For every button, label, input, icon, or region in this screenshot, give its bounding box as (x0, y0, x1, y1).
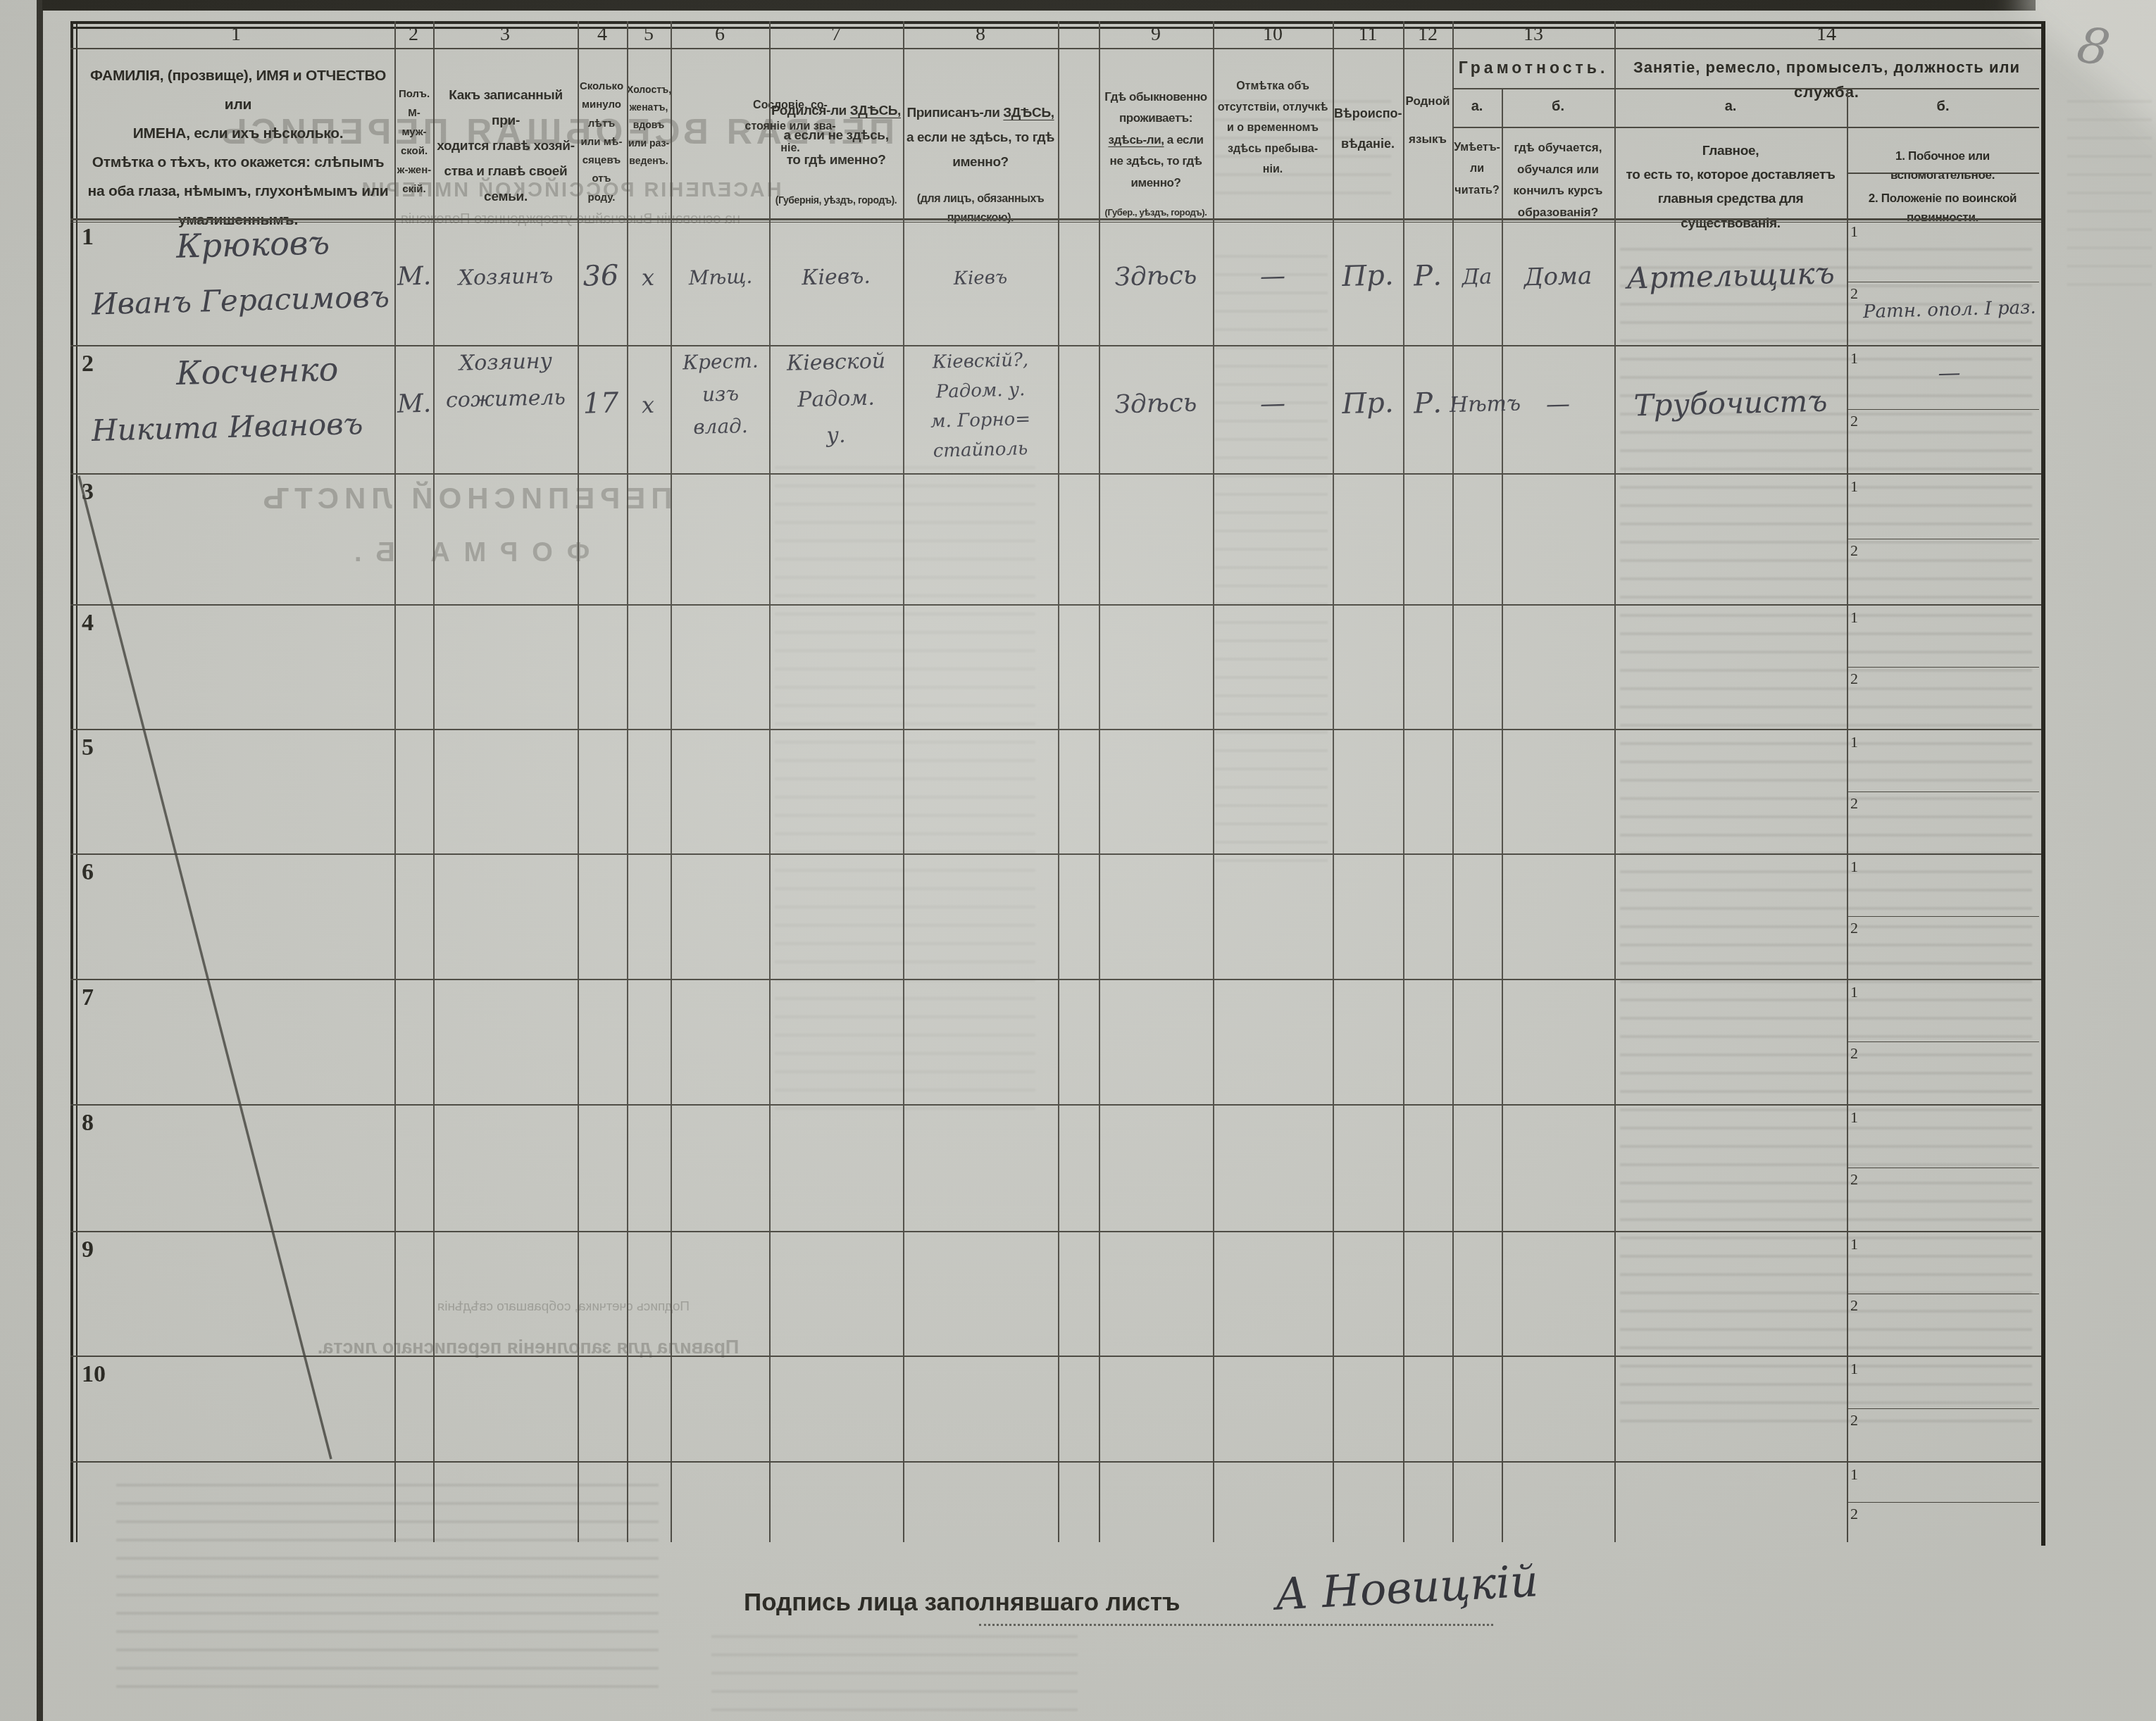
grid-vline (394, 21, 396, 1542)
row-number: 8 (82, 1110, 94, 1137)
grid-hline (1847, 1408, 2039, 1409)
subcell-label-military: 2 (1850, 1296, 1858, 1315)
handwritten-entry: влад. (673, 415, 768, 437)
handwritten-entry: Мѣщ. (673, 266, 768, 288)
handwritten-entry: Р. (1404, 389, 1451, 418)
col-header-literacy-title: Грамотность. (1452, 55, 1614, 81)
col-header-language: Родной языкъ (1404, 92, 1451, 149)
subcell-label-secondary: 1 (1850, 608, 1858, 627)
birthplace-text2: а если не здѣсь, то гдѣ именно? (783, 128, 888, 168)
grid-vline (1403, 21, 1404, 1542)
handwritten-entry: Никита Ивановъ (92, 409, 363, 446)
grid-hline (1847, 1502, 2039, 1503)
grid-vline (1452, 21, 1454, 1542)
bleedthrough-noise (711, 1620, 1078, 1711)
handwritten-entry: — (1863, 359, 2036, 386)
literacy-where-educated: гдѣ обучается, обучался или кончилъ курс… (1506, 137, 1610, 223)
handwritten-entry: Пр. (1333, 261, 1402, 291)
subcell-label-secondary: 1 (1850, 349, 1858, 368)
handwritten-entry: х (627, 393, 670, 417)
column-number: 11 (1347, 23, 1389, 46)
grid-hline (1847, 1041, 2039, 1042)
col-header-registered: Приписанъ-ли ЗДѢСЬ, а если не здѣсь, то … (904, 76, 1057, 252)
handwritten-entry: Радом. у. (904, 380, 1057, 402)
handwritten-entry: Да (1450, 266, 1505, 289)
handwritten-entry: Кіевъ. (771, 265, 902, 290)
handwritten-entry: Трубочистъ (1617, 386, 1845, 421)
registered-text: Приписанъ-ли (906, 106, 1003, 120)
literacy-can-read: Умѣетъ- ли читать? (1452, 137, 1502, 201)
grid-hline (70, 345, 2041, 346)
column-number: 9 (1135, 23, 1177, 46)
handwritten-entry: Кіевскій?, (904, 350, 1057, 373)
grid-hline (1847, 1294, 2039, 1294)
col-header-religion: Вѣроиспо- вѣданіе. (1334, 99, 1402, 159)
col-header-relation: Какъ записанный при- ходится главѣ хозяй… (435, 83, 576, 210)
page-left-margin (0, 0, 37, 1721)
residence-here-emph: здѣсь-ли, (1108, 133, 1164, 146)
handwritten-entry: М. (396, 391, 433, 417)
column-number: 13 (1512, 23, 1554, 46)
subcell-label-secondary: 1 (1850, 223, 1858, 241)
grid-hline (1847, 791, 2039, 792)
grid-hline (70, 48, 2041, 49)
handwritten-entry: 17 (575, 389, 625, 418)
column-number: 12 (1407, 23, 1449, 46)
subcell-label-military: 2 (1850, 1044, 1858, 1063)
subcell-label-military: 2 (1850, 794, 1858, 813)
grid-hline (1452, 88, 2039, 89)
subcell-label-secondary: 1 (1850, 983, 1858, 1001)
grid-hline (70, 1461, 2041, 1463)
column-number: 8 (959, 23, 1002, 46)
handwritten-entry: Дома (1503, 263, 1614, 290)
grid-hline (70, 979, 2041, 980)
handwritten-entry: Здѣсь (1100, 263, 1212, 291)
column-number: 6 (699, 23, 741, 46)
grid-vline (1502, 88, 1503, 1542)
col-header-age: Сколько минуло лѣтъ или мѣ- сяцевъ отъ р… (578, 77, 625, 207)
handwritten-entry: Хозяину (435, 350, 577, 375)
birthplace-here-emph: ЗДѢСЬ, (850, 104, 901, 118)
handwritten-entry: х (627, 265, 670, 289)
row-number: 5 (82, 734, 94, 761)
subcell-label-military: 2 (1850, 1170, 1858, 1189)
grid-vline (1058, 21, 1059, 1542)
literacy-b-label: б. (1502, 95, 1614, 118)
col-header-residence: Гдѣ обыкновенно проживаетъ: здѣсь-ли, а … (1100, 65, 1211, 242)
subcell-label-secondary: 1 (1850, 1360, 1858, 1378)
row-number: 1 (82, 224, 94, 251)
handwritten-entry: М. (396, 263, 433, 289)
grid-vline (671, 21, 672, 1542)
row-number: 9 (82, 1237, 94, 1263)
residence-text: Гдѣ обыкновенно проживаетъ: (1104, 90, 1207, 125)
grid-vline (433, 21, 435, 1542)
registered-text2: а если не здѣсь, то гдѣ именно? (906, 130, 1054, 170)
grid-vline (903, 21, 904, 1542)
handwritten-entry: — (1503, 391, 1614, 418)
handwritten-entry: Кіевъ (904, 267, 1057, 289)
subcell-label-secondary: 1 (1850, 1235, 1858, 1253)
handwritten-entry: Ратн. опол. I раз. (1863, 299, 2036, 321)
column-number: 10 (1252, 23, 1294, 46)
page-binding-edge (37, 0, 43, 1721)
grid-hline (1847, 916, 2039, 917)
grid-vline (1333, 21, 1334, 1542)
row-number: 3 (82, 479, 94, 506)
bleedthrough-noise (2067, 85, 2152, 296)
subcell-label-military: 2 (1850, 542, 1858, 560)
grid-hline (1847, 173, 2039, 174)
grid-vline (578, 21, 579, 1542)
handwritten-entry: сожитель (435, 387, 577, 411)
handwritten-entry: стайполь (904, 439, 1057, 461)
col-header-name: ФАМИЛІЯ, (прозвище), ИМЯ и ОТЧЕСТВО или … (85, 62, 392, 235)
grid-vline (1099, 21, 1100, 1542)
column-number: 3 (484, 23, 526, 46)
subcell-label-military: 2 (1850, 1411, 1858, 1429)
grid-vline (769, 21, 771, 1542)
subcell-label-secondary: 1 (1850, 477, 1858, 496)
handwritten-entry: изъ (673, 383, 768, 405)
handwritten-entry: Радом. (771, 387, 902, 412)
grid-hline (70, 222, 2041, 223)
row-number: 7 (82, 984, 94, 1011)
subcell-label-secondary: 1 (1850, 733, 1858, 751)
literacy-a-label: а. (1452, 95, 1502, 118)
grid-hline (1847, 409, 2039, 410)
handwritten-entry: у. (771, 424, 902, 449)
grid-hline (1847, 667, 2039, 668)
handwritten-entry: Крюковъ (175, 226, 330, 263)
col-header-absence: Отмѣтка объ отсутствіи, отлучкѣ и о врем… (1214, 76, 1331, 180)
subcell-label-secondary: 1 (1850, 1108, 1858, 1127)
grid-vline (1614, 21, 1616, 1542)
subcell-label-secondary: 1 (1850, 1465, 1858, 1484)
handwritten-entry: — (1214, 263, 1332, 291)
column-number: 5 (628, 23, 670, 46)
handwritten-entry: Нѣтъ (1450, 394, 1505, 416)
handwritten-entry: Пр. (1333, 389, 1402, 418)
column-number: 14 (1805, 23, 1847, 46)
handwritten-entry: Иванъ Герасимовъ (92, 282, 390, 319)
col-header-marital: Холостъ, женатъ, вдовъ или раз- веденъ. (627, 81, 671, 170)
grid-hline (70, 218, 2041, 220)
grid-hline (70, 853, 2041, 855)
grid-hline (70, 473, 2041, 475)
column-number: 2 (392, 23, 435, 46)
occupation-secondary: 1. Побочное или вспомогательное. (1851, 146, 2034, 184)
census-form-page: ПЕРВАЯ ВСЕОБЩАЯ ПЕРЕПИСЬ НАСЕЛЕНІЯ РОССІ… (0, 0, 2156, 1721)
handwritten-entry: — (1214, 390, 1332, 418)
column-number: 1 (215, 23, 257, 46)
row-number: 10 (82, 1361, 106, 1388)
occupation-b-label: б. (1847, 95, 2039, 118)
grid-hline (1847, 539, 2039, 539)
row-number: 2 (82, 351, 94, 377)
column-number: 7 (815, 23, 857, 46)
handwritten-entry: Крест. (673, 351, 768, 373)
grid-hline (1847, 282, 2039, 282)
handwritten-entry: 36 (575, 261, 625, 291)
subcell-label-military: 2 (1850, 1505, 1858, 1523)
grid-vline (1847, 88, 1848, 1542)
handwritten-entry: м. Горно= (904, 409, 1057, 432)
column-number: 4 (581, 23, 623, 46)
grid-hline (1452, 127, 2039, 128)
signature-handwritten: А Новицкій (1273, 1555, 1539, 1620)
subcell-label-military: 2 (1850, 284, 1858, 303)
row-number: 4 (82, 610, 94, 637)
subcell-label-secondary: 1 (1850, 858, 1858, 876)
grid-hline (70, 1231, 2041, 1232)
handwritten-entry: Р. (1404, 261, 1451, 291)
grid-hline (1847, 1168, 2039, 1168)
handwritten-entry: Здѣсь (1100, 390, 1212, 418)
grid-hline (70, 604, 2041, 606)
subcell-label-military: 2 (1850, 670, 1858, 688)
handwritten-entry: Артельщикъ (1617, 258, 1845, 294)
grid-hline (70, 1104, 2041, 1106)
grid-hline (70, 729, 2041, 730)
handwritten-entry: Кіевской (771, 351, 902, 375)
col-header-sex: Полъ. М-муж- ской. ж-жен- скій. (396, 85, 432, 199)
subcell-label-military: 2 (1850, 919, 1858, 937)
subcell-label-military: 2 (1850, 412, 1858, 430)
handwritten-entry: Хозяинъ (435, 265, 577, 289)
registered-here-emph: ЗДѢСЬ, (1003, 106, 1054, 120)
grid-vline (627, 21, 628, 1542)
occupation-a-label: а. (1614, 95, 1847, 118)
census-table: ФАМИЛІЯ, (прозвище), ИМЯ и ОТЧЕСТВО или … (70, 21, 2048, 1546)
handwritten-entry: Косченко (175, 353, 338, 389)
row-number: 6 (82, 859, 94, 886)
birthplace-note: (Губернія, уѣздъ, городъ). (771, 192, 902, 210)
page-top-edge (42, 0, 2036, 11)
birthplace-text: Родился-ли (771, 104, 850, 118)
grid-hline (70, 1356, 2041, 1357)
grid-vline (1213, 21, 1214, 1542)
col-header-birthplace: Родился-ли ЗДѢСЬ, а если не здѣсь, то гд… (771, 74, 902, 234)
